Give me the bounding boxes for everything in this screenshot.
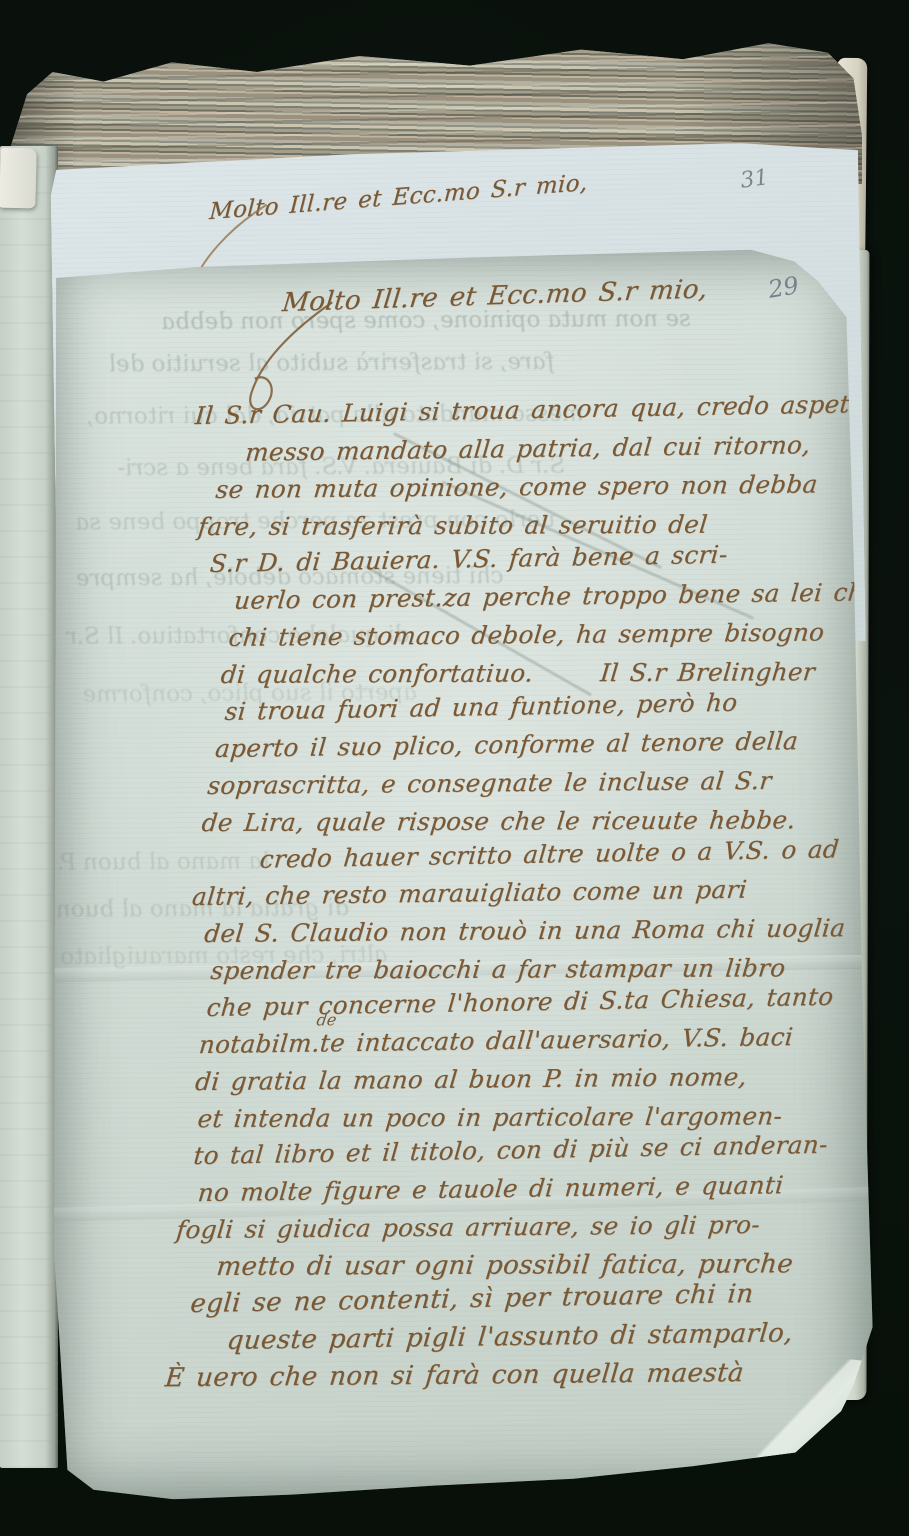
letter-line: queste parti pigli l'assunto di stamparl… [225, 1317, 861, 1363]
letter-line: del S. Claudio non trouò in una Roma chi… [202, 913, 858, 956]
letter-line: aperto il suo plico, conforme al tenore … [213, 725, 857, 771]
paper-tab-left [0, 148, 37, 209]
letter-line: soprascritta, e consegnate le incluse al… [205, 765, 857, 808]
letter-line: no molte figure e tauole di numeri, e qu… [196, 1169, 860, 1215]
folio-number-29: 29 [766, 271, 801, 304]
folio-number-31: 31 [739, 165, 770, 194]
letter-line: uerlo con prest.za perche troppo bene sa… [232, 578, 856, 623]
letter-line: di gratia la mano al buon P. in mio nome… [193, 1061, 859, 1104]
letter-line: altri, che resto marauigliato come un pa… [190, 873, 858, 919]
interlinear-correction: de [315, 1010, 337, 1029]
letter-line: È uero che non si farà con quella maestà [163, 1357, 861, 1400]
letter-line: fogli si giudica possa arriuare, se io g… [174, 1209, 860, 1252]
salutation-folio-31: Molto Ill.re et Ecc.mo S.r mio, [208, 170, 588, 225]
bleedthrough-line: fare, si trasferirà subito al seruitio d… [107, 349, 556, 378]
letter-line: se non muta opinione, come spero non deb… [214, 469, 856, 512]
letter-line: notabilm.te intaccato dall'auersario, V.… [197, 1021, 859, 1067]
letter-body: Il S.r Cau. Luigi si troua ancora qua, c… [151, 397, 857, 1400]
page-folio-29: se non muta opinione, come spero non deb… [46, 247, 880, 1504]
under-page-left-edge [0, 146, 58, 1468]
manuscript-photo: Molto Ill.re et Ecc.mo S.r mio, 31 se no… [0, 0, 909, 1536]
letter-line: chi tiene stomaco debole, ha sempre biso… [226, 617, 856, 660]
letter-line: messo mandato alla patria, dal cui ritor… [243, 430, 855, 475]
